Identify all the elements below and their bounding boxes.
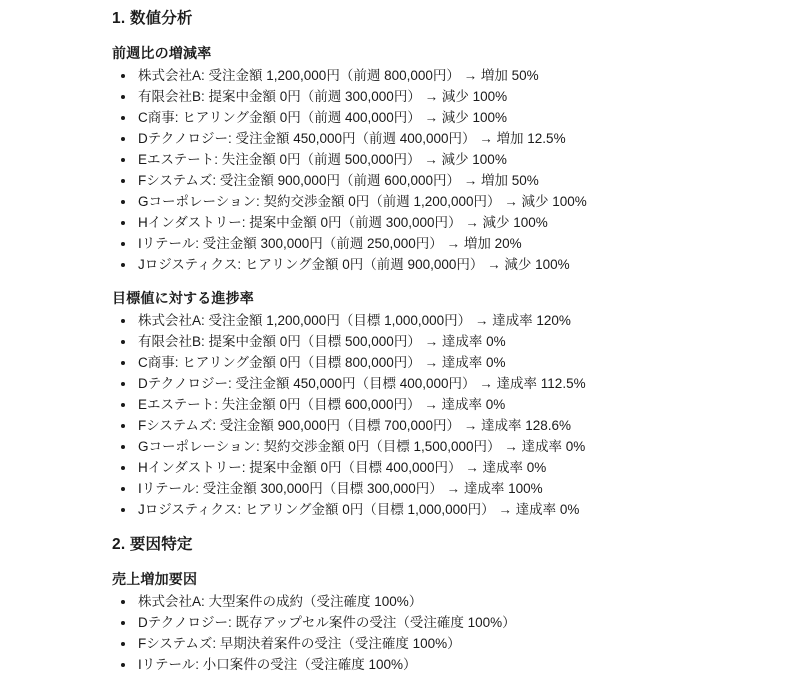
section-1-heading: 1. 数値分析 xyxy=(112,9,676,29)
list-item: C商事: ヒアリング金額 0円（目標 800,000円） → 達成率 0% xyxy=(138,352,676,373)
subsection-heading-sales-increase-factors: 売上増加要因 xyxy=(112,571,676,588)
section-factor-identification: 2. 要因特定 売上増加要因 株式会社A: 大型案件の成約（受注確度 100%）… xyxy=(112,535,676,675)
document-page: 1. 数値分析 前週比の増減率 株式会社A: 受注金額 1,200,000円（前… xyxy=(0,0,788,687)
wow-change-list: 株式会社A: 受注金額 1,200,000円（前週 800,000円） → 増加… xyxy=(112,65,676,275)
subsection-wow-change: 前週比の増減率 株式会社A: 受注金額 1,200,000円（前週 800,00… xyxy=(112,45,676,275)
list-item: 株式会社A: 受注金額 1,200,000円（前週 800,000円） → 増加… xyxy=(138,65,676,86)
list-item: Fシステムズ: 受注金額 900,000円（前週 600,000円） → 増加 … xyxy=(138,170,676,191)
subsection-sales-increase-factors: 売上増加要因 株式会社A: 大型案件の成約（受注確度 100%） Dテクノロジー… xyxy=(112,571,676,675)
sales-increase-factor-list: 株式会社A: 大型案件の成約（受注確度 100%） Dテクノロジー: 既存アップ… xyxy=(112,591,676,675)
subsection-heading-target-progress: 目標値に対する進捗率 xyxy=(112,290,676,307)
list-item: Dテクノロジー: 受注金額 450,000円（目標 400,000円） → 達成… xyxy=(138,373,676,394)
list-item: 株式会社A: 受注金額 1,200,000円（目標 1,000,000円） → … xyxy=(138,310,676,331)
list-item: Jロジスティクス: ヒアリング金額 0円（目標 1,000,000円） → 達成… xyxy=(138,499,676,520)
list-item: Hインダストリー: 提案中金額 0円（目標 400,000円） → 達成率 0% xyxy=(138,457,676,478)
list-item: Dテクノロジー: 受注金額 450,000円（前週 400,000円） → 増加… xyxy=(138,128,676,149)
list-item: Iリテール: 受注金額 300,000円（目標 300,000円） → 達成率 … xyxy=(138,478,676,499)
list-item: Iリテール: 受注金額 300,000円（前週 250,000円） → 増加 2… xyxy=(138,233,676,254)
section-numeric-analysis: 1. 数値分析 前週比の増減率 株式会社A: 受注金額 1,200,000円（前… xyxy=(112,9,676,520)
list-item: Eエステート: 失注金額 0円（前週 500,000円） → 減少 100% xyxy=(138,149,676,170)
list-item: Dテクノロジー: 既存アップセル案件の受注（受注確度 100%） xyxy=(138,612,676,633)
list-item: Jロジスティクス: ヒアリング金額 0円（前週 900,000円） → 減少 1… xyxy=(138,254,676,275)
list-item: Gコーポレーション: 契約交渉金額 0円（目標 1,500,000円） → 達成… xyxy=(138,436,676,457)
list-item: Fシステムズ: 早期決着案件の受注（受注確度 100%） xyxy=(138,633,676,654)
subsection-heading-wow-change: 前週比の増減率 xyxy=(112,45,676,62)
document-body: 1. 数値分析 前週比の増減率 株式会社A: 受注金額 1,200,000円（前… xyxy=(112,0,676,675)
list-item: Gコーポレーション: 契約交渉金額 0円（前週 1,200,000円） → 減少… xyxy=(138,191,676,212)
list-item: 有限会社B: 提案中金額 0円（目標 500,000円） → 達成率 0% xyxy=(138,331,676,352)
list-item: Iリテール: 小口案件の受注（受注確度 100%） xyxy=(138,654,676,675)
list-item: 株式会社A: 大型案件の成約（受注確度 100%） xyxy=(138,591,676,612)
target-progress-list: 株式会社A: 受注金額 1,200,000円（目標 1,000,000円） → … xyxy=(112,310,676,520)
list-item: 有限会社B: 提案中金額 0円（前週 300,000円） → 減少 100% xyxy=(138,86,676,107)
list-item: C商事: ヒアリング金額 0円（前週 400,000円） → 減少 100% xyxy=(138,107,676,128)
list-item: Fシステムズ: 受注金額 900,000円（目標 700,000円） → 達成率… xyxy=(138,415,676,436)
section-2-heading: 2. 要因特定 xyxy=(112,535,676,555)
subsection-target-progress: 目標値に対する進捗率 株式会社A: 受注金額 1,200,000円（目標 1,0… xyxy=(112,290,676,520)
list-item: Hインダストリー: 提案中金額 0円（前週 300,000円） → 減少 100… xyxy=(138,212,676,233)
list-item: Eエステート: 失注金額 0円（目標 600,000円） → 達成率 0% xyxy=(138,394,676,415)
